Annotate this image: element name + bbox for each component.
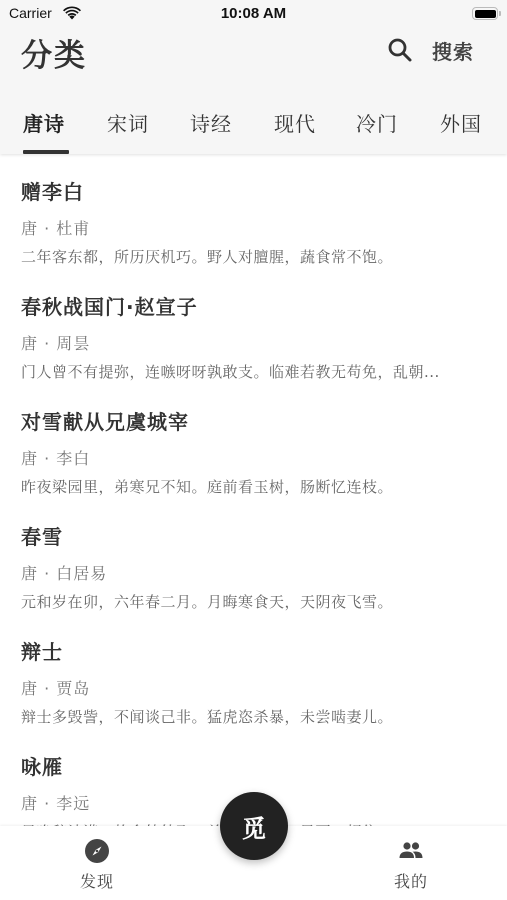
active-tab-indicator <box>23 150 69 154</box>
people-icon <box>398 838 424 864</box>
poem-excerpt: 门人曾不有提弥，连嗾呀呀孰敢支。临难若教无苟免，乱朝... <box>21 361 486 382</box>
tab-foreign[interactable]: 外国 <box>440 108 482 137</box>
poem-author: 唐 · 贾岛 <box>21 676 90 699</box>
tab-obscure[interactable]: 冷门 <box>356 108 398 137</box>
poem-title: 赠李白 <box>21 176 84 205</box>
poem-list[interactable]: 赠李白 唐 · 杜甫 二年客东都，所历厌机巧。野人对膻腥，蔬食常不饱。 春秋战国… <box>0 154 507 826</box>
random-poem-button[interactable]: 觅 <box>220 792 288 860</box>
clock: 10:08 AM <box>0 5 507 22</box>
status-bar: Carrier 10:08 AM <box>0 0 507 28</box>
page-title: 分类 <box>21 30 87 75</box>
poem-list-item[interactable]: 春秋战国门·赵宣子 唐 · 周昙 门人曾不有提弥，连嗾呀呀孰敢支。临难若教无苟免… <box>0 269 507 384</box>
poem-list-item[interactable]: 辩士 唐 · 贾岛 辩士多毁訾，不闻谈己非。猛虎恣杀暴，未尝啮妻儿。 <box>0 614 507 729</box>
poem-excerpt: 昨夜梁园里，弟寒兄不知。庭前看玉树，肠断忆连枝。 <box>21 476 486 497</box>
poem-author: 唐 · 杜甫 <box>21 216 90 239</box>
category-tabs: 唐诗 宋词 诗经 现代 冷门 外国 <box>0 100 507 154</box>
tab-discover-label: 发现 <box>57 869 137 892</box>
fab-label: 觅 <box>242 809 266 844</box>
poem-excerpt: 元和岁在卯，六年春二月。月晦寒食天，天阴夜飞雪。 <box>21 591 486 612</box>
search-icon <box>386 36 414 64</box>
poem-list-item[interactable]: 对雪献从兄虞城宰 唐 · 李白 昨夜梁园里，弟寒兄不知。庭前看玉树，肠断忆连枝。 <box>0 384 507 499</box>
tab-discover[interactable]: 发现 <box>57 838 137 892</box>
poem-author: 唐 · 周昙 <box>21 331 90 354</box>
battery-icon <box>472 7 498 20</box>
poem-list-item[interactable]: 春雪 唐 · 白居易 元和岁在卯，六年春二月。月晦寒食天，天阴夜飞雪。 <box>0 499 507 614</box>
poem-title: 春秋战国门·赵宣子 <box>21 291 198 320</box>
tab-mine-label: 我的 <box>371 869 451 892</box>
poem-excerpt: 辩士多毁訾，不闻谈己非。猛虎恣杀暴，未尝啮妻儿。 <box>21 706 486 727</box>
poem-title: 咏雁 <box>21 751 63 780</box>
poem-list-item[interactable]: 赠李白 唐 · 杜甫 二年客东都，所历厌机巧。野人对膻腥，蔬食常不饱。 <box>0 154 507 269</box>
poem-author: 唐 · 李白 <box>21 446 90 469</box>
tab-modern[interactable]: 现代 <box>274 108 316 137</box>
poem-title: 辩士 <box>21 636 63 665</box>
search-label: 搜索 <box>432 36 474 65</box>
tab-tang-poems[interactable]: 唐诗 <box>23 108 65 137</box>
tab-shijing[interactable]: 诗经 <box>190 108 232 137</box>
poem-author: 唐 · 白居易 <box>21 561 107 584</box>
search-button[interactable]: 搜索 <box>386 34 474 66</box>
compass-icon <box>84 838 110 864</box>
tab-song-ci[interactable]: 宋词 <box>107 108 149 137</box>
header: Carrier 10:08 AM 分类 搜索 唐诗 宋词 诗经 现代 冷门 外国 <box>0 0 507 154</box>
tab-mine[interactable]: 我的 <box>371 838 451 892</box>
poem-excerpt: 二年客东都，所历厌机巧。野人对膻腥，蔬食常不饱。 <box>21 246 486 267</box>
poem-title: 对雪献从兄虞城宰 <box>21 406 189 435</box>
poem-title: 春雪 <box>21 521 63 550</box>
poem-author: 唐 · 李远 <box>21 791 90 814</box>
